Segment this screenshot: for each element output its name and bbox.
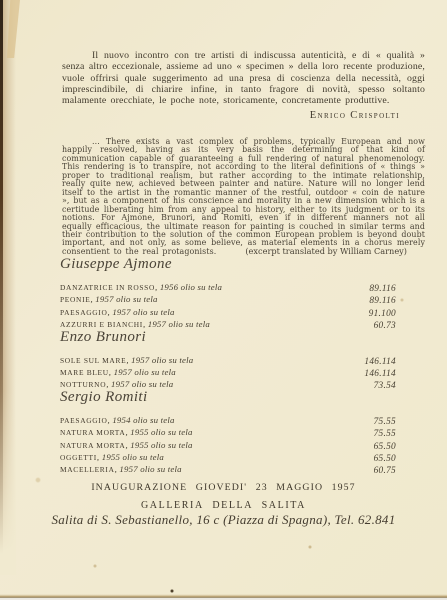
work-row: PEONIE, 1957 olio su tela89.116 <box>60 289 396 301</box>
work-size: 75.55 <box>374 429 396 439</box>
work-size: 65.50 <box>374 454 396 464</box>
artist-group: Enzo BrunoriSOLE SUL MARE, 1957 olio su … <box>60 329 396 387</box>
artists-catalog-list: Giuseppe AjmoneDANZATRICE IN ROSSO, 1956… <box>60 256 396 474</box>
work-size: 65.50 <box>374 442 396 452</box>
intro-paragraph-english: ... There exists a vast complex of probl… <box>62 138 425 256</box>
work-row: AZZURRI E BIANCHI, 1957 olio su tela60.7… <box>60 314 396 326</box>
work-row: OGGETTI, 1955 olio su tela65.50 <box>60 447 396 459</box>
work-label: MACELLERIA, 1957 olio su tela <box>60 459 182 477</box>
gallery-address: Salita di S. Sebastianello, 16 c (Piazza… <box>0 512 447 528</box>
author-signature: Enrico Crispolti <box>62 110 425 121</box>
inauguration-date-line: INAUGURAZIONE GIOVEDI' 23 MAGGIO 1957 <box>0 482 447 493</box>
work-size: 146.114 <box>364 369 396 379</box>
work-detail: , 1956 olio su tela <box>155 282 222 292</box>
work-detail: , 1957 olio su tela <box>143 319 210 329</box>
catalog-page: Il nuovo incontro con tre artisti di ind… <box>0 0 447 600</box>
work-size: 60.73 <box>374 321 396 331</box>
gallery-name: GALLERIA DELLA SALITA <box>0 500 447 511</box>
work-title: MACELLERIA <box>60 465 115 474</box>
work-size: 75.55 <box>374 417 396 427</box>
work-detail: , 1957 olio su tela <box>115 464 182 474</box>
work-row: NATURA MORTA, 1955 olio su tela65.50 <box>60 435 396 447</box>
work-detail: , 1957 olio su tela <box>106 379 173 389</box>
work-size: 89.116 <box>369 284 396 294</box>
work-row: DANZATRICE IN ROSSO, 1956 olio su tela89… <box>60 277 396 289</box>
work-title: NOTTURNO <box>60 380 106 389</box>
work-row: NOTTURNO, 1957 olio su tela73.54 <box>60 374 396 386</box>
work-size: 146.114 <box>364 357 396 367</box>
translation-credit: (excerpt translated by William Carney) <box>62 246 425 256</box>
work-size: 91.100 <box>369 309 396 319</box>
work-row: MARE BLEU, 1957 olio su tela146.114 <box>60 362 396 374</box>
intro-paragraph-italian: Il nuovo incontro con tre artisti di ind… <box>62 50 425 106</box>
work-size: 89.116 <box>369 296 396 306</box>
page-spine-edge <box>0 0 3 555</box>
artist-group: Giuseppe AjmoneDANZATRICE IN ROSSO, 1956… <box>60 256 396 327</box>
artist-name: Enzo Brunori <box>60 329 396 346</box>
work-size: 60.75 <box>374 466 396 476</box>
work-row: PAESAGGIO, 1954 olio su tela75.55 <box>60 410 396 422</box>
work-row: SOLE SUL MARE, 1957 olio su tela146.114 <box>60 350 396 362</box>
work-row: MACELLERIA, 1957 olio su tela60.75 <box>60 459 396 471</box>
artist-name: Sergio Romiti <box>60 389 396 406</box>
artist-group: Sergio RomitiPAESAGGIO, 1954 olio su tel… <box>60 389 396 472</box>
work-size: 73.54 <box>374 381 396 391</box>
work-row: NATURA MORTA, 1955 olio su tela75.55 <box>60 422 396 434</box>
artist-name: Giuseppe Ajmone <box>60 256 396 273</box>
page-bottom-edge <box>0 594 447 600</box>
work-title: AZZURRI E BIANCHI <box>60 320 143 329</box>
work-row: PAESAGGIO, 1957 olio su tela91.100 <box>60 302 396 314</box>
